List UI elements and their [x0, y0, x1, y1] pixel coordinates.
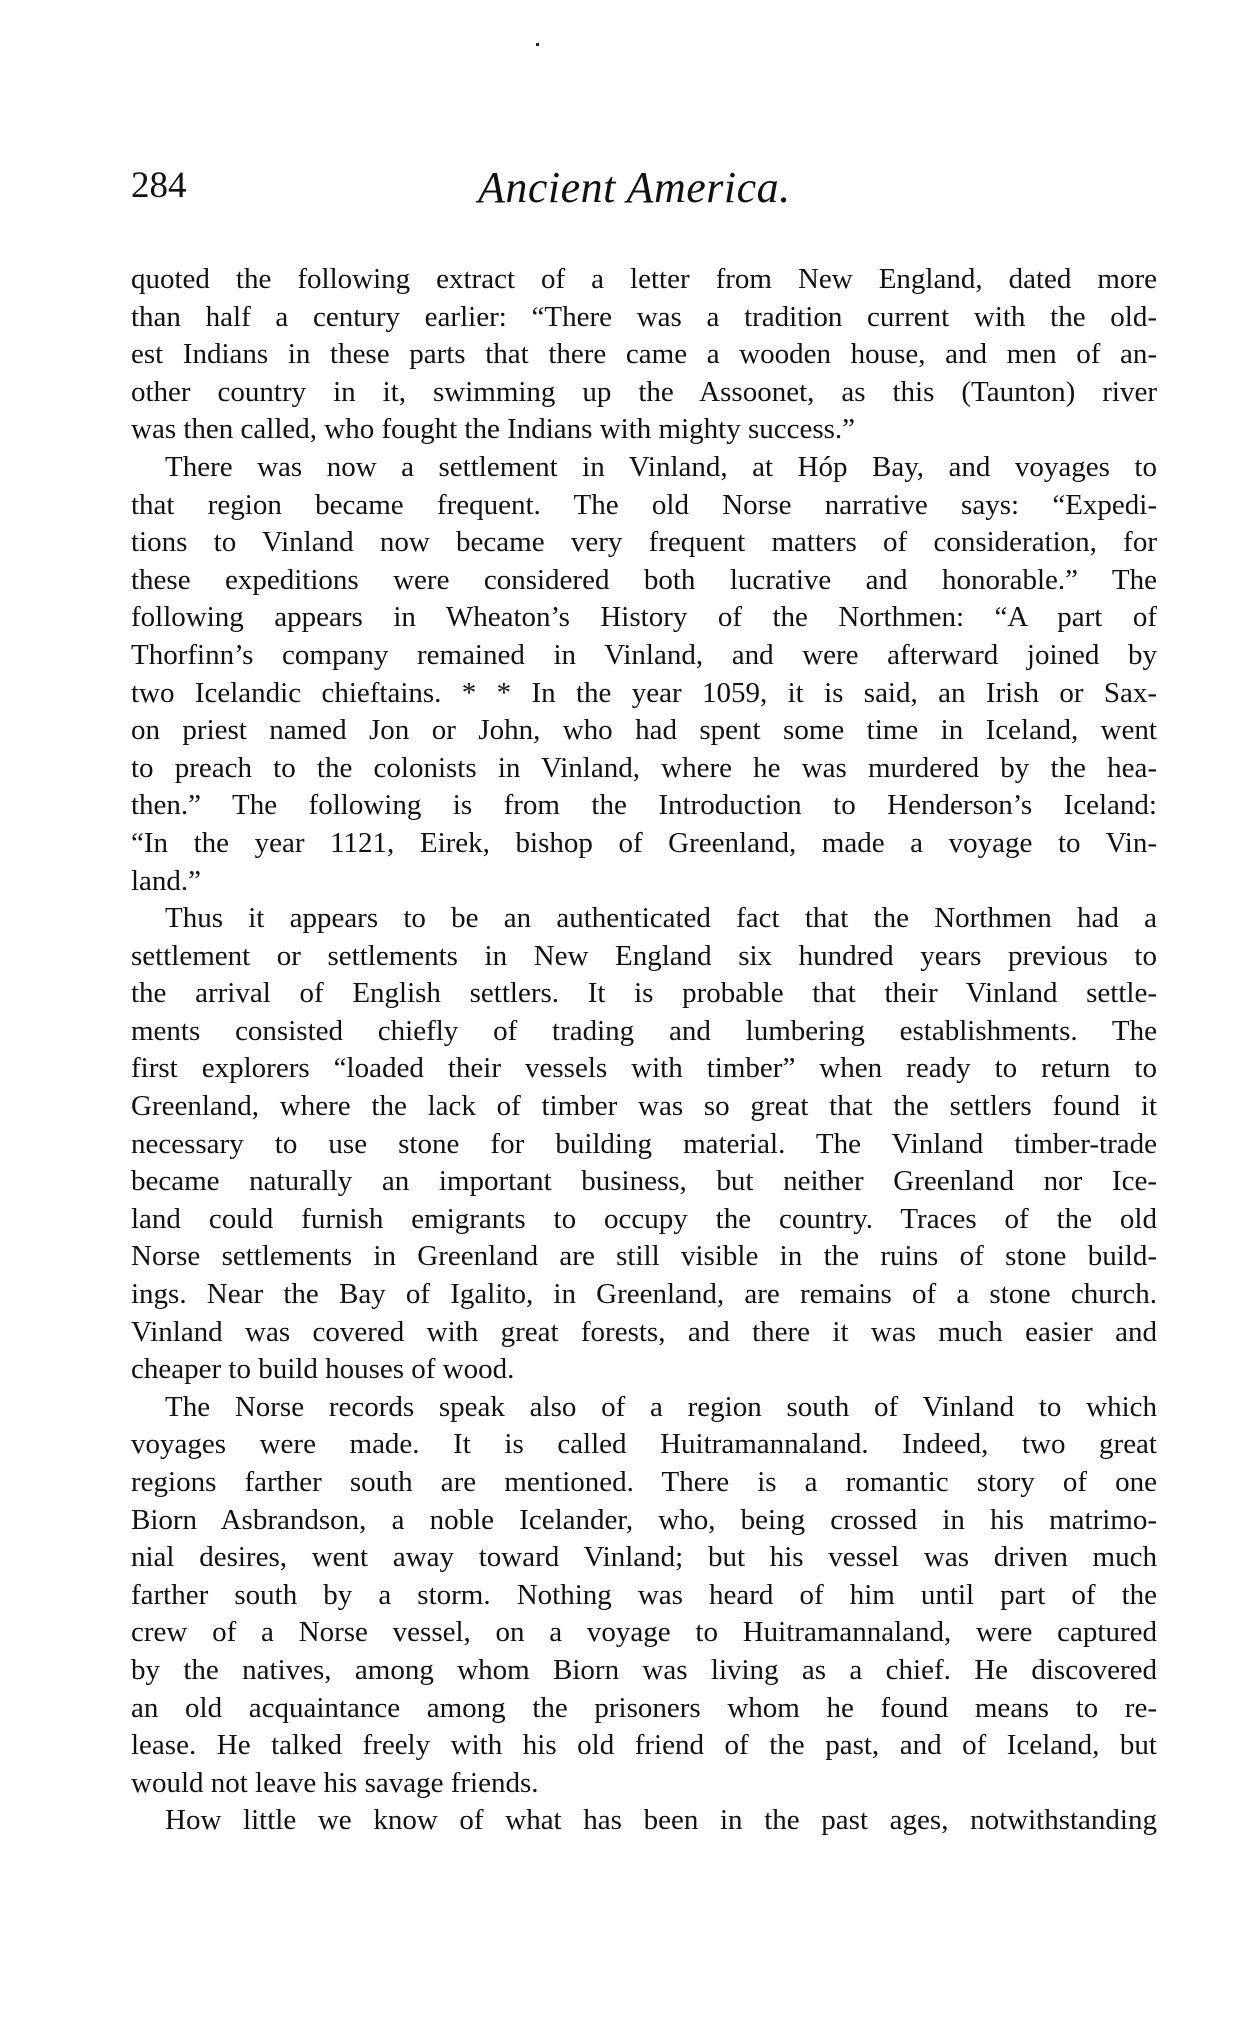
paragraph: quoted the following extract of a letter…: [131, 261, 1157, 449]
text-line: the arrival of English settlers. It is p…: [131, 975, 1157, 1013]
text-line: Biorn Asbrandson, a noble Icelander, who…: [131, 1502, 1157, 1540]
text-line: tions to Vinland now became very frequen…: [131, 524, 1157, 562]
text-line: How little we know of what has been in t…: [131, 1802, 1157, 1840]
paragraph: Thus it appears to be an authenticated f…: [131, 900, 1157, 1389]
scan-speck: [536, 43, 539, 46]
paragraph: The Norse records speak also of a region…: [131, 1389, 1157, 1803]
text-line: nial desires, went away toward Vinland; …: [131, 1539, 1157, 1577]
running-title: Ancient America.: [478, 164, 791, 212]
text-line: “In the year 1121, Eirek, bishop of Gree…: [131, 825, 1157, 863]
text-line: cheaper to build houses of wood.: [131, 1351, 1157, 1389]
text-line: on priest named Jon or John, who had spe…: [131, 712, 1157, 750]
paragraph: How little we know of what has been in t…: [131, 1802, 1157, 1840]
text-line: The Norse records speak also of a region…: [131, 1389, 1157, 1427]
text-line: following appears in Wheaton’s History o…: [131, 599, 1157, 637]
text-line: voyages were made. It is called Huitrama…: [131, 1426, 1157, 1464]
text-line: ings. Near the Bay of Igalito, in Greenl…: [131, 1276, 1157, 1314]
text-line: land could furnish emigrants to occupy t…: [131, 1201, 1157, 1239]
text-line: than half a century earlier: “There was …: [131, 299, 1157, 337]
text-line: became naturally an important business, …: [131, 1163, 1157, 1201]
paragraph: There was now a settlement in Vinland, a…: [131, 449, 1157, 900]
text-line: Vinland was covered with great forests, …: [131, 1314, 1157, 1352]
text-line: Thus it appears to be an authenticated f…: [131, 900, 1157, 938]
text-line: settlement or settlements in New England…: [131, 938, 1157, 976]
text-line: Greenland, where the lack of timber was …: [131, 1088, 1157, 1126]
text-line: crew of a Norse vessel, on a voyage to H…: [131, 1614, 1157, 1652]
text-line: farther south by a storm. Nothing was he…: [131, 1577, 1157, 1615]
page-number: 284: [131, 166, 187, 206]
text-line: was then called, who fought the Indians …: [131, 411, 1157, 449]
text-line: Norse settlements in Greenland are still…: [131, 1238, 1157, 1276]
body-text: quoted the following extract of a letter…: [131, 261, 1157, 1840]
text-line: first explorers “loaded their vessels wi…: [131, 1050, 1157, 1088]
text-line: regions farther south are mentioned. The…: [131, 1464, 1157, 1502]
text-line: land.”: [131, 863, 1157, 901]
text-line: other country in it, swimming up the Ass…: [131, 374, 1157, 412]
text-line: would not leave his savage friends.: [131, 1765, 1157, 1803]
text-line: two Icelandic chieftains. * * In the yea…: [131, 675, 1157, 713]
text-line: then.” The following is from the Introdu…: [131, 787, 1157, 825]
text-line: to preach to the colonists in Vinland, w…: [131, 750, 1157, 788]
text-line: ments consisted chiefly of trading and l…: [131, 1013, 1157, 1051]
text-line: these expeditions were considered both l…: [131, 562, 1157, 600]
text-line: an old acquaintance among the prisoners …: [131, 1690, 1157, 1728]
text-line: Thorfinn’s company remained in Vinland, …: [131, 637, 1157, 675]
text-line: that region became frequent. The old Nor…: [131, 487, 1157, 525]
text-line: quoted the following extract of a letter…: [131, 261, 1157, 299]
text-line: by the natives, among whom Biorn was liv…: [131, 1652, 1157, 1690]
text-line: lease. He talked freely with his old fri…: [131, 1727, 1157, 1765]
text-line: There was now a settlement in Vinland, a…: [131, 449, 1157, 487]
text-line: necessary to use stone for building mate…: [131, 1126, 1157, 1164]
text-line: est Indians in these parts that there ca…: [131, 336, 1157, 374]
